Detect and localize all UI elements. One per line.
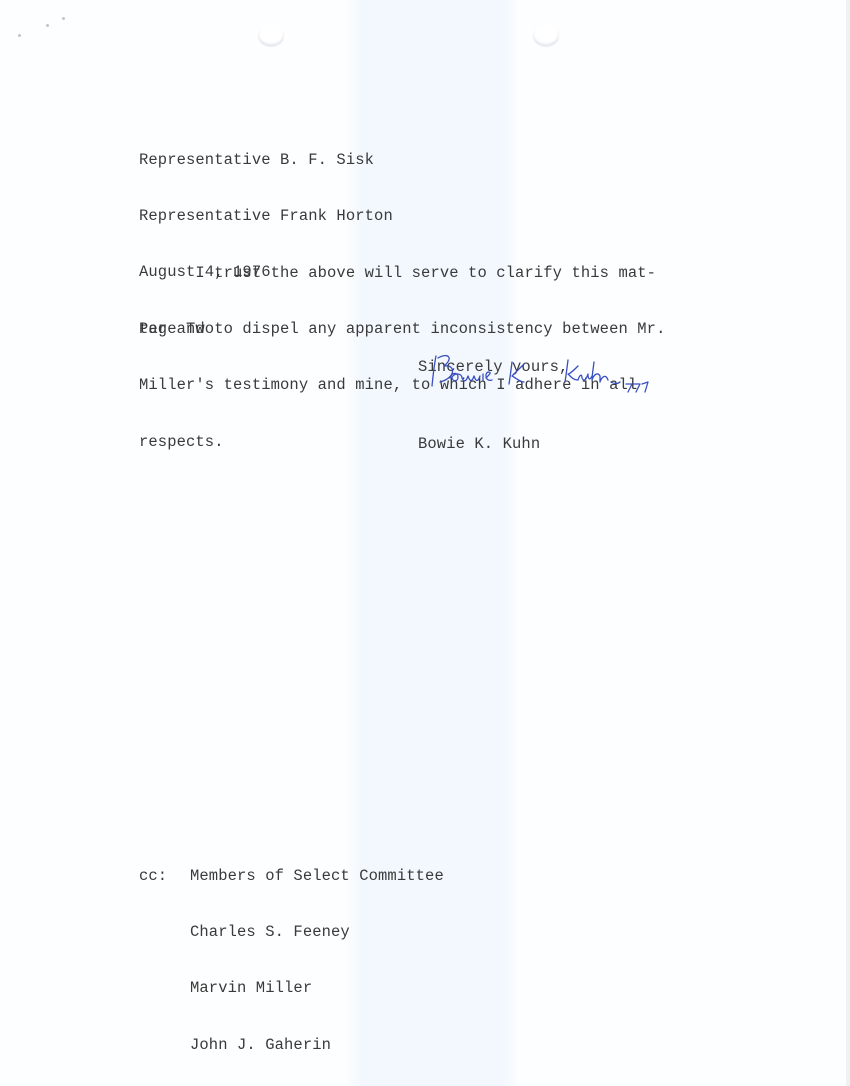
handwritten-signature — [428, 352, 668, 398]
paper-speck — [18, 34, 21, 37]
signer-block: Bowie K. Kuhn — [418, 397, 540, 491]
cc-recipients: Members of Select Committee Charles S. F… — [190, 829, 444, 1086]
punch-hole-right — [533, 24, 559, 46]
signer-name: Bowie K. Kuhn — [418, 435, 540, 454]
paper-speck — [46, 24, 49, 27]
paper-speck — [62, 17, 65, 20]
cc-label: cc: — [139, 867, 177, 886]
cc-label-block: cc: — [139, 829, 177, 923]
body-line: respects. — [139, 433, 665, 452]
paper-edge — [846, 0, 850, 1086]
cc-recipient: John J. Gaherin — [190, 1036, 444, 1055]
recipient-line-1: Representative B. F. Sisk — [139, 151, 393, 170]
body-line: I trust the above will serve to clarify … — [139, 264, 665, 283]
punch-hole-left — [258, 24, 284, 46]
letter-page: Representative B. F. Sisk Representative… — [0, 0, 850, 1086]
cc-recipient: Marvin Miller — [190, 979, 444, 998]
cc-recipient: Members of Select Committee — [190, 867, 444, 886]
body-line: ter and to dispel any apparent inconsist… — [139, 320, 665, 339]
recipient-line-2: Representative Frank Horton — [139, 207, 393, 226]
cc-recipient: Charles S. Feeney — [190, 923, 444, 942]
